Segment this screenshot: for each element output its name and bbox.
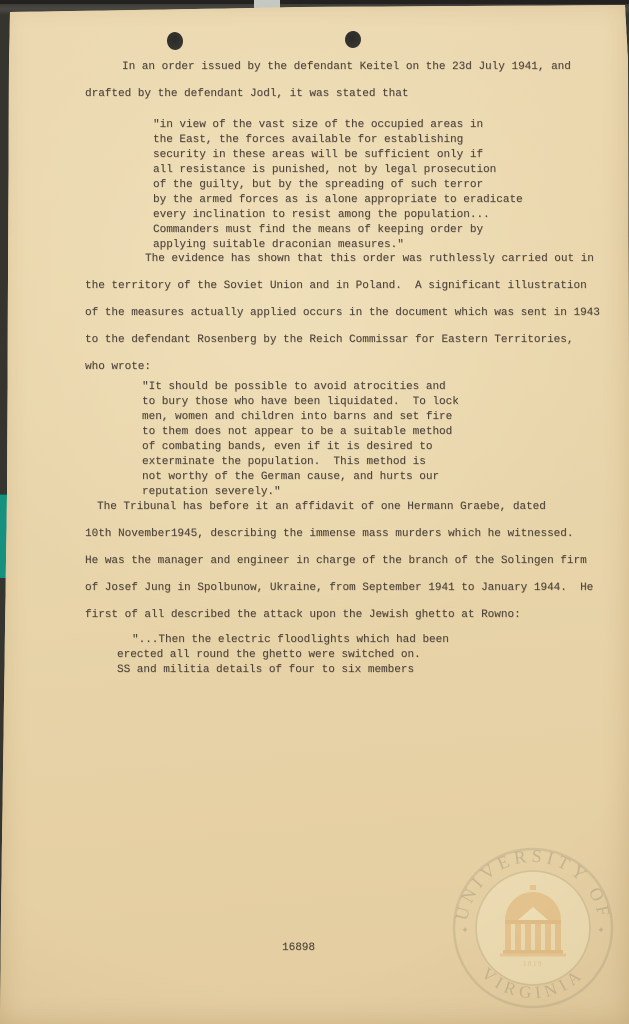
text-line: of Josef Jung in Spolbunow, Ukraine, fro… <box>85 575 610 602</box>
text-line: the territory of the Soviet Union and in… <box>85 273 610 300</box>
text-line: 10th November1945, describing the immens… <box>85 521 610 548</box>
text-line: of combating bands, even if it is desire… <box>142 440 610 455</box>
punch-hole-left <box>166 31 184 51</box>
seal-separator-right-icon: ✦ <box>597 925 605 935</box>
scanned-document-backdrop: In an order issued by the defendant Keit… <box>0 0 629 1024</box>
text-line: erected all round the ghetto were switch… <box>117 648 610 663</box>
text-line: of the guilty, but by the spreading of s… <box>153 178 610 193</box>
document-page: In an order issued by the defendant Keit… <box>0 0 629 1024</box>
seal-arc-top-text: UNIVERSITY OF <box>451 846 614 922</box>
paragraph: The Tribunal has before it an affidavit … <box>85 494 610 629</box>
text-line: not worthy of the German cause, and hurt… <box>142 470 610 485</box>
text-line: to them does not appear to be a suitable… <box>142 425 610 440</box>
page-number: 16898 <box>282 942 315 954</box>
rotunda-icon: 1819 <box>500 885 566 968</box>
text-line: SS and militia details of four to six me… <box>117 663 610 678</box>
text-line: by the armed forces as is alone appropri… <box>153 193 610 208</box>
text-line: "...Then the electric floodlights which … <box>117 633 610 648</box>
university-of-virginia-watermark: UNIVERSITY OF VIRGINIA ✦ ✦ 1819 <box>445 840 621 1016</box>
blockquote: "It should be possible to avoid atrociti… <box>142 380 610 500</box>
text-line: who wrote: <box>85 354 610 381</box>
text-line: of the measures actually applied occurs … <box>85 300 610 327</box>
text-line: "It should be possible to avoid atrociti… <box>142 380 610 395</box>
text-line: The evidence has shown that this order w… <box>85 246 610 273</box>
text-line: all resistance is punished, not by legal… <box>153 163 610 178</box>
text-line: every inclination to resist among the po… <box>153 208 610 223</box>
punch-hole-right <box>344 30 362 49</box>
seal-year: 1819 <box>523 960 543 968</box>
paragraph: The evidence has shown that this order w… <box>85 246 610 381</box>
paragraph: In an order issued by the defendant Keit… <box>85 54 610 108</box>
seal-separator-left-icon: ✦ <box>461 925 469 935</box>
text-line: drafted by the defendant Jodl, it was st… <box>85 81 610 108</box>
text-line: security in these areas will be sufficie… <box>153 148 610 163</box>
text-line: Commanders must find the means of keepin… <box>153 223 610 238</box>
text-line: The Tribunal has before it an affidavit … <box>85 494 610 521</box>
text-line: men, women and children into barns and s… <box>142 410 610 425</box>
seal-outer-ring <box>454 849 612 1007</box>
seal-inner-disc <box>477 872 589 984</box>
seal-arc-bottom-text: VIRGINIA <box>478 964 588 1003</box>
text-line: He was the manager and engineer in charg… <box>85 548 610 575</box>
typed-text-body: In an order issued by the defendant Keit… <box>85 54 610 678</box>
seal-inner-ring <box>476 871 590 985</box>
text-line: first of all described the attack upon t… <box>85 602 610 629</box>
blockquote: "in view of the vast size of the occupie… <box>153 118 610 253</box>
text-line: to the defendant Rosenberg by the Reich … <box>85 327 610 354</box>
text-line: "in view of the vast size of the occupie… <box>153 118 610 133</box>
blockquote: "...Then the electric floodlights which … <box>117 633 610 678</box>
text-line: In an order issued by the defendant Keit… <box>85 54 610 81</box>
text-line: the East, the forces available for estab… <box>153 133 610 148</box>
text-line: exterminate the population. This method … <box>142 455 610 470</box>
text-line: to bury those who have been liquidated. … <box>142 395 610 410</box>
